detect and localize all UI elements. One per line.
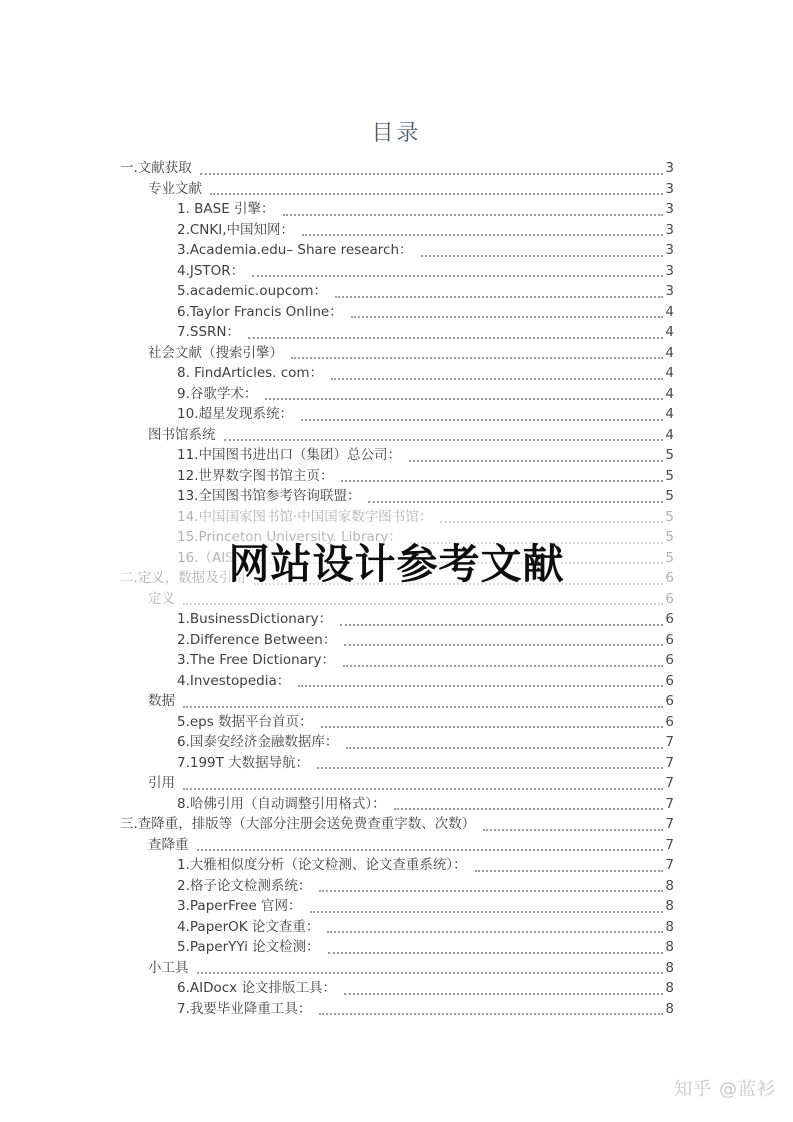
toc-page-number: 5: [665, 486, 674, 507]
toc-entry-label: 二.定义，数据及引用: [120, 568, 246, 589]
toc-entry-label: 1. BASE 引擎：: [177, 199, 275, 220]
toc-entry-label: 6.Taylor Francis Online：: [177, 302, 343, 323]
toc-dot-leader: [440, 521, 663, 523]
toc-dot-leader: [302, 234, 663, 236]
toc-dot-leader: [197, 972, 664, 974]
toc-dot-leader: [319, 1013, 663, 1015]
toc-entry-label: 图书馆系统: [148, 425, 216, 446]
toc-entry-label: 7.199T 大数据导航：: [177, 753, 309, 774]
toc-entry-label: 小工具: [148, 958, 189, 979]
toc-entry[interactable]: 12.世界数字图书馆主页：5: [120, 466, 674, 487]
toc-entry[interactable]: 7.我要毕业降重工具：8: [120, 999, 674, 1020]
toc-entry-label: 3.Academia.edu– Share research：: [177, 240, 413, 261]
toc-dot-leader: [183, 788, 663, 790]
toc-entry[interactable]: 6.AIDocx 论文排版工具：8: [120, 978, 674, 999]
toc-dot-leader: [328, 952, 664, 954]
toc-dot-leader: [283, 214, 664, 216]
toc-page-number: 4: [665, 343, 674, 364]
toc-dot-leader: [319, 890, 663, 892]
toc-page-number: 8: [665, 958, 674, 979]
toc-entry-label: 4.PaperOK 论文查重：: [177, 917, 319, 938]
toc-page-number: 8: [665, 876, 674, 897]
toc-entry-label: 1.BusinessDictionary：: [177, 609, 332, 630]
toc-entry-label: 7.SSRN：: [177, 322, 240, 343]
toc-entry[interactable]: 三.查降重，排版等（大部分注册会送免费查重字数、次数）7: [120, 814, 674, 835]
toc-dot-leader: [421, 255, 664, 257]
toc-entry-label: 2.格子论文检测系统：: [177, 876, 311, 897]
toc-entry[interactable]: 3.PaperFree 官网：8: [120, 896, 674, 917]
toc-entry[interactable]: 4.Investopedia：6: [120, 671, 674, 692]
toc-page-number: 8: [665, 917, 674, 938]
toc-page-number: 8: [665, 896, 674, 917]
toc-page-number: 6: [665, 568, 674, 589]
toc-page-number: 4: [665, 404, 674, 425]
toc-entry[interactable]: 小工具8: [120, 958, 674, 979]
toc-dot-leader: [368, 501, 663, 503]
toc-page-number: 7: [665, 855, 674, 876]
toc-entry-label: 2.CNKI,中国知网：: [177, 220, 294, 241]
toc-page-number: 6: [665, 650, 674, 671]
toc-entry[interactable]: 2.CNKI,中国知网：3: [120, 220, 674, 241]
toc-dot-leader: [200, 173, 664, 175]
toc-page-number: 6: [665, 712, 674, 733]
toc-entry-label: 6.AIDocx 论文排版工具：: [177, 978, 336, 999]
toc-entry[interactable]: 查降重7: [120, 835, 674, 856]
toc-dot-leader: [343, 665, 663, 667]
toc-entry-label: 8.哈佛引用（自动调整引用格式）：: [177, 794, 386, 815]
zhihu-watermark: 知乎 @蓝衫: [674, 1075, 776, 1101]
toc-entry[interactable]: 10.超星发现系统：4: [120, 404, 674, 425]
toc-entry[interactable]: 数据6: [120, 691, 674, 712]
toc-dot-leader: [252, 275, 663, 277]
toc-entry[interactable]: 一.文献获取3: [120, 158, 674, 179]
toc-page-number: 6: [665, 671, 674, 692]
toc-entry-label: 引用: [148, 773, 175, 794]
toc-entry-label: 8. FindArticles. com：: [177, 363, 323, 384]
toc-entry-label: 2.Difference Between：: [177, 630, 336, 651]
toc-entry[interactable]: 9.谷歌学术：4: [120, 384, 674, 405]
toc-page-number: 8: [665, 999, 674, 1020]
overlay-title: 网站设计参考文献: [229, 531, 565, 590]
toc-dot-leader: [317, 767, 663, 769]
toc-page-number: 6: [665, 630, 674, 651]
toc-entry[interactable]: 1.大雅相似度分析（论文检测、论文查重系统）：7: [120, 855, 674, 876]
toc-entry[interactable]: 图书馆系统4: [120, 425, 674, 446]
toc-dot-leader: [265, 398, 663, 400]
toc-page-number: 5: [665, 445, 674, 466]
toc-entry-label: 3.PaperFree 官网：: [177, 896, 302, 917]
toc-dot-leader: [197, 849, 664, 851]
toc-entry-label: 社会文献（搜索引擎）: [148, 343, 283, 364]
toc-entry-label: 14.中国国家图书馆·中国国家数字图书馆：: [177, 507, 432, 528]
toc-page-number: 4: [665, 322, 674, 343]
toc-dot-leader: [327, 931, 663, 933]
toc-entry[interactable]: 7.199T 大数据导航：7: [120, 753, 674, 774]
toc-entry[interactable]: 3.Academia.edu– Share research：3: [120, 240, 674, 261]
toc-entry-label: 定义: [148, 589, 175, 610]
toc-dot-leader: [340, 624, 663, 626]
toc-entry[interactable]: 1.BusinessDictionary：6: [120, 609, 674, 630]
toc-page-number: 4: [665, 425, 674, 446]
toc-entry-label: 5.academic.oupcom：: [177, 281, 327, 302]
toc-page-number: 4: [665, 302, 674, 323]
toc-page-number: 3: [665, 158, 674, 179]
toc-entry[interactable]: 5.eps 数据平台首页：6: [120, 712, 674, 733]
document-page: 目录 一.文献获取3专业文献31. BASE 引擎：32.CNKI,中国知网：3…: [0, 0, 793, 1122]
toc-dot-leader: [248, 337, 663, 339]
toc-page-number: 7: [665, 773, 674, 794]
toc-dot-leader: [321, 726, 664, 728]
toc-page-number: 4: [665, 363, 674, 384]
toc-page-number: 3: [665, 179, 674, 200]
toc-entry-label: 三.查降重，排版等（大部分注册会送免费查重字数、次数）: [120, 814, 475, 835]
toc-entry-label: 7.我要毕业降重工具：: [177, 999, 311, 1020]
toc-entry-label: 12.世界数字图书馆主页：: [177, 466, 333, 487]
toc-entry[interactable]: 1. BASE 引擎：3: [120, 199, 674, 220]
toc-entry[interactable]: 6.Taylor Francis Online：4: [120, 302, 674, 323]
toc-dot-leader: [346, 747, 663, 749]
toc-dot-leader: [210, 193, 663, 195]
toc-entry[interactable]: 5.academic.oupcom：3: [120, 281, 674, 302]
toc-page-number: 5: [665, 527, 674, 548]
toc-dot-leader: [483, 829, 663, 831]
toc-dot-leader: [224, 439, 664, 441]
toc-page-number: 7: [665, 753, 674, 774]
toc-entry-label: 一.文献获取: [120, 158, 192, 179]
toc-page-number: 3: [665, 220, 674, 241]
toc-entry[interactable]: 7.SSRN：4: [120, 322, 674, 343]
toc-entry-label: 10.超星发现系统：: [177, 404, 293, 425]
toc-entry[interactable]: 专业文献3: [120, 179, 674, 200]
toc-dot-leader: [351, 316, 664, 318]
toc-page-number: 5: [665, 466, 674, 487]
toc-dot-leader: [344, 644, 663, 646]
toc-entry-label: 数据: [148, 691, 175, 712]
toc-entry[interactable]: 5.PaperYYi 论文检测：8: [120, 937, 674, 958]
toc-entry[interactable]: 3.The Free Dictionary：6: [120, 650, 674, 671]
toc-entry[interactable]: 6.国泰安经济金融数据库：7: [120, 732, 674, 753]
toc-entry-label: 1.大雅相似度分析（论文检测、论文查重系统）：: [177, 855, 467, 876]
toc-dot-leader: [301, 419, 663, 421]
toc-page-number: 8: [665, 978, 674, 999]
page-title: 目录: [0, 116, 793, 147]
toc-page-number: 5: [665, 507, 674, 528]
toc-dot-leader: [183, 603, 663, 605]
toc-dot-leader: [291, 357, 663, 359]
toc-entry-label: 11.中国图书进出口（集团）总公司：: [177, 445, 401, 466]
toc-entry[interactable]: 社会文献（搜索引擎）4: [120, 343, 674, 364]
toc-entry-label: 4.JSTOR：: [177, 261, 244, 282]
toc-entry[interactable]: 定义6: [120, 589, 674, 610]
toc-entry-label: 9.谷歌学术：: [177, 384, 257, 405]
toc-dot-leader: [475, 870, 664, 872]
toc-dot-leader: [344, 993, 663, 995]
toc-page-number: 7: [665, 814, 674, 835]
toc-entry[interactable]: 2.Difference Between：6: [120, 630, 674, 651]
toc-page-number: 7: [665, 835, 674, 856]
toc-entry[interactable]: 8.哈佛引用（自动调整引用格式）：7: [120, 794, 674, 815]
toc-entry[interactable]: 4.JSTOR：3: [120, 261, 674, 282]
toc-dot-leader: [394, 808, 664, 810]
toc-entry-label: 5.eps 数据平台首页：: [177, 712, 313, 733]
toc-dot-leader: [183, 706, 663, 708]
toc-page-number: 7: [665, 794, 674, 815]
toc-page-number: 3: [665, 240, 674, 261]
toc-page-number: 7: [665, 732, 674, 753]
toc-entry[interactable]: 14.中国国家图书馆·中国国家数字图书馆：5: [120, 507, 674, 528]
toc-page-number: 6: [665, 691, 674, 712]
toc-page-number: 8: [665, 937, 674, 958]
toc-entry[interactable]: 2.格子论文检测系统：8: [120, 876, 674, 897]
toc-page-number: 6: [665, 589, 674, 610]
toc-page-number: 3: [665, 281, 674, 302]
toc-entry[interactable]: 引用7: [120, 773, 674, 794]
toc-entry-label: 查降重: [148, 835, 189, 856]
toc-dot-leader: [331, 378, 663, 380]
toc-dot-leader: [310, 911, 664, 913]
toc-entry[interactable]: 13.全国图书馆参考咨询联盟：5: [120, 486, 674, 507]
toc-page-number: 6: [665, 609, 674, 630]
toc-entry-label: 13.全国图书馆参考咨询联盟：: [177, 486, 360, 507]
toc-entry-label: 6.国泰安经济金融数据库：: [177, 732, 338, 753]
toc-dot-leader: [298, 685, 663, 687]
toc-dot-leader: [409, 460, 663, 462]
toc-entry-label: 3.The Free Dictionary：: [177, 650, 335, 671]
toc-page-number: 5: [665, 548, 674, 569]
toc-entry-label: 5.PaperYYi 论文检测：: [177, 937, 320, 958]
toc-entry-label: 专业文献: [148, 179, 202, 200]
toc-dot-leader: [341, 480, 663, 482]
toc-page-number: 3: [665, 199, 674, 220]
toc-entry[interactable]: 4.PaperOK 论文查重：8: [120, 917, 674, 938]
toc-page-number: 3: [665, 261, 674, 282]
toc-page-number: 4: [665, 384, 674, 405]
toc-dot-leader: [335, 296, 663, 298]
toc-entry[interactable]: 8. FindArticles. com：4: [120, 363, 674, 384]
toc-entry-label: 4.Investopedia：: [177, 671, 290, 692]
toc-entry[interactable]: 11.中国图书进出口（集团）总公司：5: [120, 445, 674, 466]
